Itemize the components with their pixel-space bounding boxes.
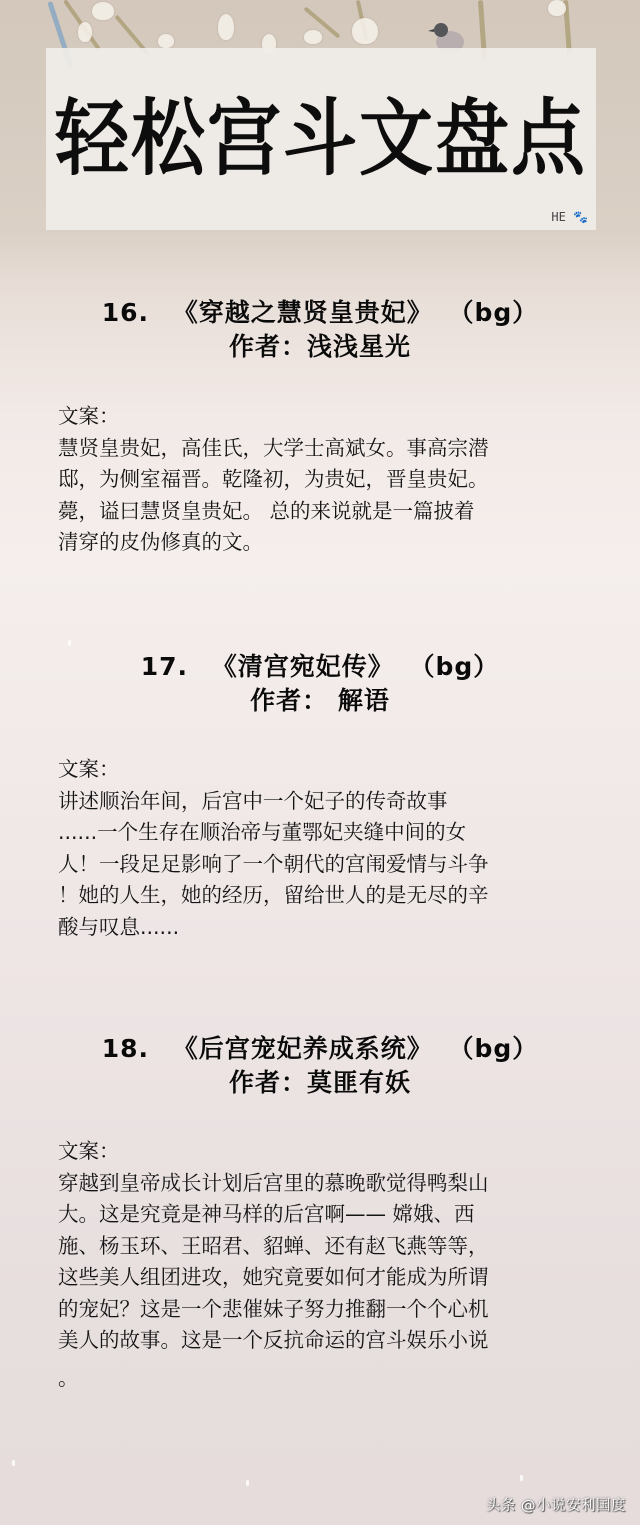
sparkle-decoration — [68, 640, 71, 646]
book-entry-18: 18. 《后宫宠妃养成系统》 （bg） 作者：莫匪有妖 — [0, 1032, 640, 1100]
blurb-line: 慧贤皇贵妃，高佳氏，大学士高斌女。事高宗潜 — [58, 433, 603, 465]
blurb-label: 文案： — [58, 401, 603, 433]
blurb-line: 的宠妃？这是一个悲催妹子努力推翻一个个心机 — [58, 1294, 603, 1326]
entry-number: 17. — [141, 652, 188, 681]
entry-author-line: 作者：莫匪有妖 — [0, 1066, 640, 1100]
title-banner: 轻松宫斗文盘点 HE 🐾 — [46, 48, 596, 230]
blossom-decoration — [548, 0, 566, 16]
book-entry-16: 16. 《穿越之慧贤皇贵妃》 （bg） 作者：浅浅星光 — [0, 296, 640, 364]
blossom-decoration — [352, 18, 378, 44]
entry-number: 16. — [102, 298, 149, 327]
blurb-line: 邸，为侧室福晋。乾隆初，为贵妃，晋皇贵妃。 — [58, 464, 603, 496]
author-label: 作者： — [229, 332, 307, 361]
entry-tag: （bg） — [409, 652, 499, 681]
author-name: 莫匪有妖 — [307, 1068, 411, 1097]
blurb-line: ！她的人生，她的经历，留给世人的是无尽的辛 — [58, 880, 603, 912]
entry-tag: （bg） — [448, 298, 538, 327]
blossom-decoration — [304, 30, 322, 44]
entry-number: 18. — [102, 1034, 149, 1063]
author-label: 作者： — [250, 686, 328, 715]
blurb-line: 人！一段足足影响了一个朝代的宫闱爱情与斗争 — [58, 849, 603, 881]
blurb-line: ......一个生存在顺治帝与董鄂妃夹缝中间的女 — [58, 817, 603, 849]
entry-book-title: 《后宫宠妃养成系统》 — [173, 1034, 433, 1063]
banner-signature: HE 🐾 — [551, 210, 588, 224]
entry-blurb-17: 文案： 讲述顺治年间，后宫中一个妃子的传奇故事 ......一个生存在顺治帝与董… — [58, 754, 603, 943]
blurb-line: 穿越到皇帝成长计划后宫里的慕晚歌觉得鸭梨山 — [58, 1168, 603, 1200]
blossom-decoration — [158, 34, 174, 48]
blurb-label: 文案： — [58, 1136, 603, 1168]
entry-blurb-18: 文案： 穿越到皇帝成长计划后宫里的慕晚歌觉得鸭梨山 大。这是究竟是神马样的后宫啊… — [58, 1136, 603, 1394]
entry-title: 17. 《清宫宛妃传》 （bg） — [0, 650, 640, 684]
author-label: 作者： — [229, 1068, 307, 1097]
page-title: 轻松宫斗文盘点 — [55, 98, 587, 181]
entry-title: 16. 《穿越之慧贤皇贵妃》 （bg） — [0, 296, 640, 330]
blurb-label: 文案： — [58, 754, 603, 786]
entry-tag: （bg） — [448, 1034, 538, 1063]
blurb-line: 施、杨玉环、王昭君、貂蝉、还有赵飞燕等等， — [58, 1231, 603, 1263]
sparkle-decoration — [246, 1480, 249, 1486]
blurb-line: 美人的故事。这是一个反抗命运的宫斗娱乐小说 — [58, 1325, 603, 1357]
blossom-decoration — [218, 14, 234, 40]
blurb-line: 酸与叹息...... — [58, 912, 603, 944]
entry-author-line: 作者： 解语 — [0, 684, 640, 718]
footer-watermark: 头条 @小说安利国度 — [486, 1494, 626, 1515]
blossom-decoration — [78, 22, 92, 42]
entry-book-title: 《穿越之慧贤皇贵妃》 — [173, 298, 433, 327]
blurb-line: 清穿的皮伪修真的文。 — [58, 527, 603, 559]
blossom-decoration — [92, 2, 114, 20]
author-name: 浅浅星光 — [307, 332, 411, 361]
blurb-line: 这些美人组团进攻，她究竟要如何才能成为所谓 — [58, 1262, 603, 1294]
blurb-line: 讲述顺治年间，后宫中一个妃子的传奇故事 — [58, 786, 603, 818]
blurb-line: 大。这是究竟是神马样的后宫啊—— 嫦娥、西 — [58, 1199, 603, 1231]
author-name: 解语 — [328, 686, 390, 715]
book-entry-17: 17. 《清宫宛妃传》 （bg） 作者： 解语 — [0, 650, 640, 718]
entry-book-title: 《清宫宛妃传》 — [212, 652, 394, 681]
sparkle-decoration — [520, 1475, 523, 1481]
entry-blurb-16: 文案： 慧贤皇贵妃，高佳氏，大学士高斌女。事高宗潜 邸，为侧室福晋。乾隆初，为贵… — [58, 401, 603, 559]
entry-title: 18. 《后宫宠妃养成系统》 （bg） — [0, 1032, 640, 1066]
sparkle-decoration — [12, 1460, 15, 1466]
entry-author-line: 作者：浅浅星光 — [0, 330, 640, 364]
blurb-line: 。 — [58, 1363, 603, 1395]
blurb-line: 薨，谥曰慧贤皇贵妃。 总的来说就是一篇披着 — [58, 496, 603, 528]
